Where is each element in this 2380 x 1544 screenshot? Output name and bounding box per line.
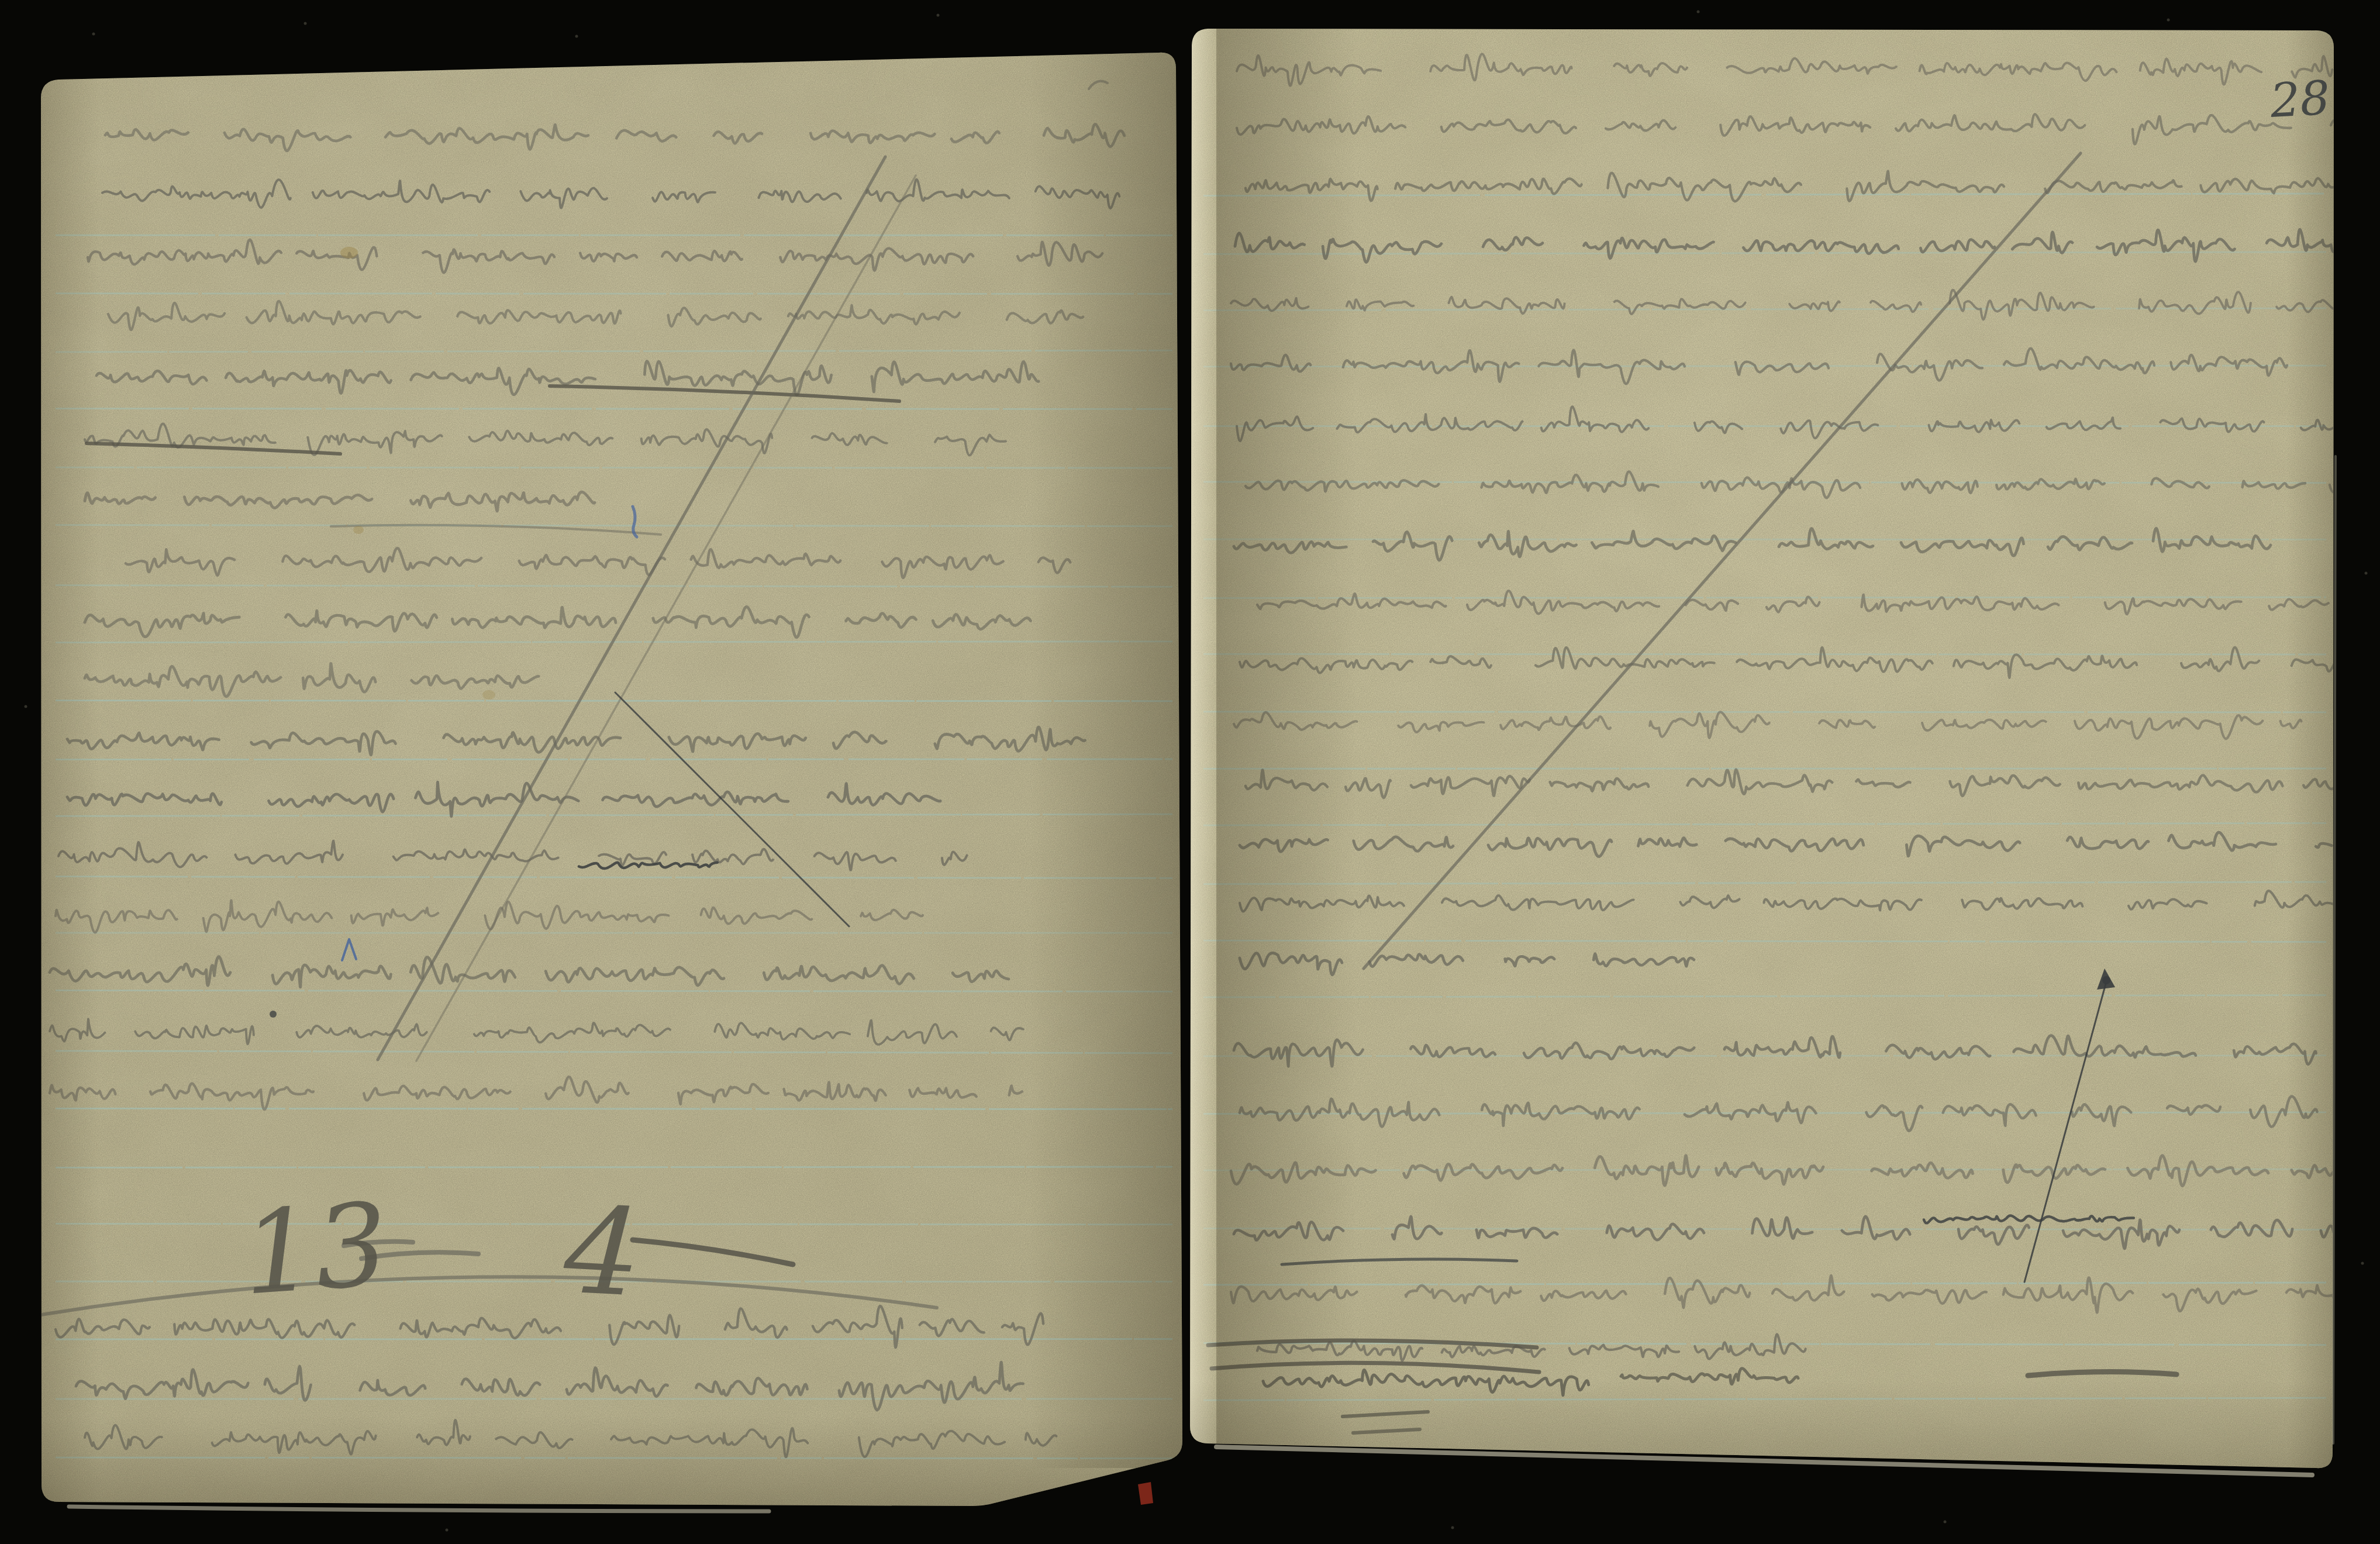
ruled-line <box>56 1167 1172 1167</box>
annotation-mark <box>1282 1259 1517 1264</box>
dust-specks <box>25 11 2368 1532</box>
handwriting-line <box>85 423 1006 455</box>
left-annotations <box>34 81 1108 1316</box>
left-edge-shade <box>29 58 111 1509</box>
left-page: 13 4 <box>29 35 1193 1515</box>
ruled-line <box>1203 1343 2326 1345</box>
handwriting-line <box>1234 1216 2350 1249</box>
annotation-mark <box>2097 969 2115 990</box>
ruled-line <box>1203 712 2326 712</box>
ruled-line <box>1203 1112 2326 1114</box>
left-paper-grain <box>29 41 1193 1515</box>
ruled-line <box>56 1224 1172 1224</box>
ruled-line <box>1203 252 2326 254</box>
ink-dot <box>2102 976 2110 984</box>
handwriting-line <box>1240 891 2338 911</box>
paper-stain <box>340 247 358 259</box>
annotation-mark <box>87 443 340 454</box>
annotation-mark <box>1216 1447 2312 1475</box>
annotation-mark <box>1924 1216 2134 1224</box>
left-paper-mottling <box>29 41 1193 1515</box>
dust-speck <box>92 33 95 36</box>
annotation-mark <box>1089 81 1108 89</box>
handwriting-line <box>105 124 1125 150</box>
ruled-line <box>56 585 1172 587</box>
annotation-mark <box>1343 1412 1428 1417</box>
right-gutter-shadow <box>1216 18 1363 1456</box>
ruled-line <box>1203 823 2326 825</box>
ruled-line <box>56 409 1172 409</box>
dust-speck <box>2365 572 2368 575</box>
right-paper-mottling <box>1181 18 2345 1480</box>
ruled-line <box>56 814 1172 816</box>
ruled-line <box>56 877 1172 878</box>
handwriting-line <box>108 301 1083 330</box>
annotation-mark <box>1621 1369 1798 1384</box>
ruled-line <box>1203 1398 2326 1400</box>
annotation-mark <box>1212 1363 1539 1372</box>
handwriting-line <box>1237 406 2341 441</box>
notebook-scan: 13 4 28 <box>0 0 2380 1544</box>
handwriting-line <box>1246 171 2344 202</box>
handwriting-line <box>96 361 1039 395</box>
right-page: 28 <box>1181 18 2351 1480</box>
handwriting-line <box>1235 229 2344 262</box>
ruled-line <box>56 642 1172 643</box>
handwriting-line <box>1240 1097 2317 1131</box>
ruled-line <box>1203 1283 2326 1285</box>
handwriting-line <box>88 240 1102 273</box>
annotation-mark <box>69 1507 769 1511</box>
left-bottom-shade <box>29 1404 1193 1515</box>
annotation-mark <box>2028 1371 2177 1376</box>
right-page-paper <box>1190 29 2334 1468</box>
handwriting-line <box>1237 114 2351 144</box>
left-handwriting <box>50 124 1125 1457</box>
ruled-line <box>56 701 1172 701</box>
handwriting-line <box>1231 349 2287 384</box>
handwriting-line <box>56 900 923 932</box>
ruled-line <box>56 1339 1172 1340</box>
handwriting-line <box>102 180 1119 208</box>
handwriting-line <box>67 727 1085 755</box>
right-handwriting <box>1231 54 2351 1360</box>
ruled-line <box>1203 995 2326 998</box>
handwriting-line <box>1246 770 2345 798</box>
page-edges-and-cover <box>69 456 2336 1511</box>
right-bottom-shade <box>1181 1369 2345 1480</box>
dust-speck <box>2361 1262 2364 1265</box>
right-ruled-lines <box>1203 194 2326 1400</box>
ruled-line <box>1203 882 2326 884</box>
ruled-line <box>56 525 1172 526</box>
right-annotations <box>1208 153 2177 1433</box>
dust-speck <box>1697 11 1700 13</box>
left-ruled-lines <box>56 235 1172 1459</box>
dust-speck <box>25 705 27 708</box>
annotation-mark <box>344 1242 478 1259</box>
ruled-line <box>1203 539 2326 540</box>
ruled-line <box>1203 482 2326 483</box>
annotation-mark <box>2333 456 2336 1443</box>
ruled-line <box>56 1108 1172 1109</box>
ruled-line <box>1203 1228 2326 1229</box>
ruled-line <box>56 294 1172 294</box>
annotation-mark <box>633 1240 793 1264</box>
handwriting-line <box>1231 1156 2346 1186</box>
ruled-line <box>56 1457 1172 1459</box>
handwriting-line <box>1246 471 2350 498</box>
handwriting-line <box>1240 832 2332 856</box>
ruled-line <box>56 467 1172 468</box>
handwriting-line <box>1257 1334 1806 1360</box>
handwriting-line <box>1257 591 2329 614</box>
handwriting-line <box>67 782 940 816</box>
annotation-mark <box>579 863 718 868</box>
right-paper-grain <box>1181 18 2345 1480</box>
handwriting-line <box>1240 953 1694 975</box>
scan-canvas: 13 4 28 <box>0 0 2380 1544</box>
annotation-mark <box>2024 984 2106 1282</box>
handwriting-line <box>1234 528 2271 560</box>
dust-speck <box>446 1529 449 1532</box>
ruled-line <box>1203 654 2326 654</box>
dust-speck <box>575 35 578 38</box>
annotation-mark <box>550 386 899 401</box>
handwriting-line <box>50 957 1009 987</box>
ruled-line <box>1203 597 2326 598</box>
annotation-mark <box>1353 1429 1420 1433</box>
left-gutter-shadow <box>994 35 1187 1468</box>
handwriting-line <box>1231 290 2336 320</box>
tally-numeral-4: 4 <box>560 1181 644 1324</box>
ruled-line <box>1203 366 2326 367</box>
handwriting-line <box>85 492 595 511</box>
ruled-line <box>56 759 1172 760</box>
handwriting-line <box>85 1420 1057 1457</box>
handwriting-line <box>76 1362 1023 1410</box>
ruled-line <box>1203 940 2326 942</box>
handwriting-line <box>85 606 1030 637</box>
annotation-mark <box>1364 153 2081 969</box>
black-background <box>0 0 2380 1544</box>
handwriting-line <box>126 548 1070 578</box>
annotation-mark <box>331 525 661 535</box>
handwriting-line <box>50 1019 1023 1045</box>
right-gutter-highlight <box>1187 18 1222 1456</box>
annotation-mark <box>615 692 849 926</box>
dust-speck <box>937 14 940 17</box>
annotation-mark <box>34 1277 937 1316</box>
ruled-line <box>1203 1169 2326 1170</box>
paper-stain <box>482 690 495 699</box>
handwriting-line <box>58 841 967 870</box>
paper-stain <box>353 526 364 534</box>
handwriting-line <box>1237 54 2332 85</box>
page-number: 28 <box>2268 71 2331 128</box>
ruled-line <box>56 1051 1172 1053</box>
handwriting-line <box>1240 647 2337 678</box>
annotation-mark <box>342 939 356 960</box>
right-edge-shade <box>2281 18 2345 1480</box>
annotation-mark <box>1208 1340 1537 1347</box>
handwriting-line <box>1234 1036 2316 1067</box>
ruled-line <box>1203 308 2326 311</box>
handwriting-line <box>1234 712 2301 739</box>
annotation-mark <box>633 506 637 537</box>
ruled-line <box>1203 1056 2326 1056</box>
annotation-mark <box>1263 1370 1589 1395</box>
dust-speck <box>304 22 307 25</box>
dust-speck <box>1451 1526 1454 1529</box>
handwriting-line <box>50 1077 1022 1109</box>
handwriting-line <box>85 664 539 697</box>
dust-speck <box>2167 19 2170 22</box>
dust-speck <box>1944 1521 1947 1524</box>
ruled-line <box>56 350 1172 352</box>
annotation-mark <box>378 157 885 1060</box>
left-page-paper <box>41 53 1182 1506</box>
ruled-line <box>1203 194 2326 196</box>
ruled-line <box>56 990 1172 991</box>
ink-dot <box>270 1011 277 1018</box>
handwriting-line <box>56 1306 1043 1347</box>
annotation-mark <box>416 175 916 1061</box>
annotation-mark <box>1138 1482 1153 1505</box>
tally-numeral-13: 13 <box>238 1178 392 1321</box>
handwriting-line <box>1231 1276 2349 1312</box>
